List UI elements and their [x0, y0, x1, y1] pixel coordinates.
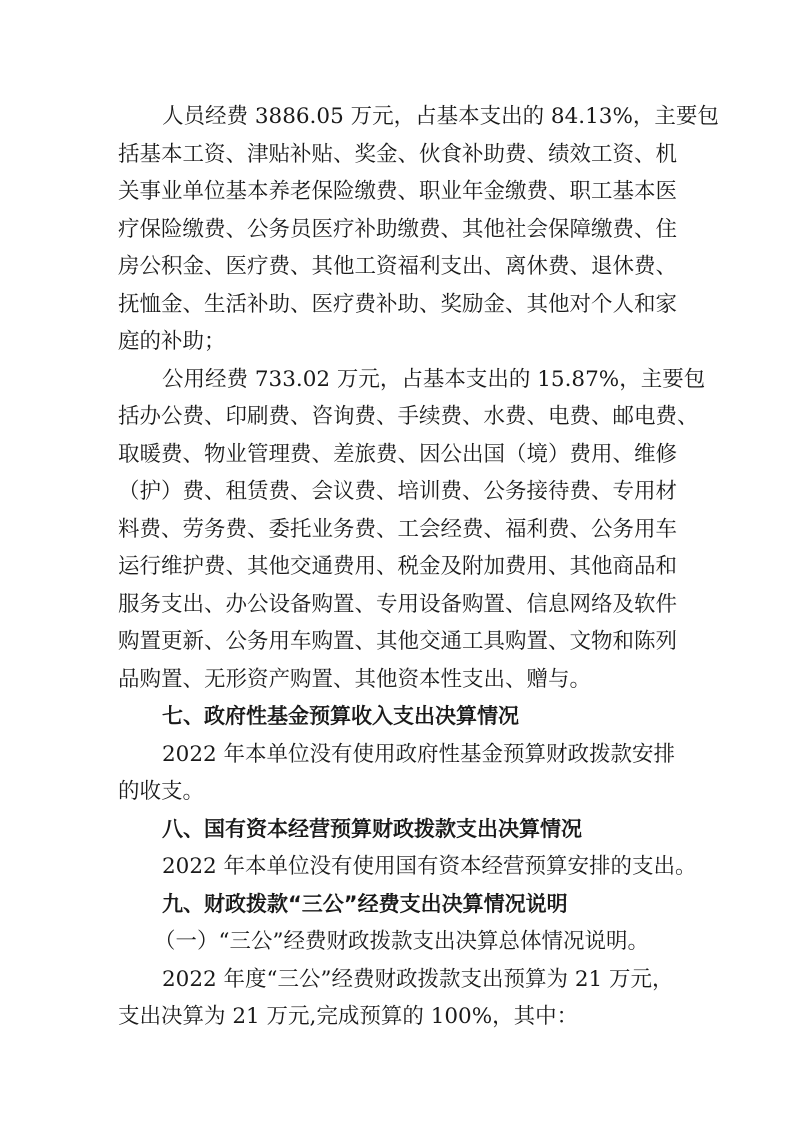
paragraph-personnel-line-4: 疗保险缴费、公务员医疗补助缴费、其他社会保障缴费、住 — [118, 211, 602, 249]
paragraph-public-line-8: 购置更新、公务用车购置、其他交通工具购置、文物和陈列 — [118, 623, 602, 661]
paragraph-public-line-6: 运行维护费、其他交通费用、税金及附加费用、其他商品和 — [118, 548, 602, 586]
subsection-heading-1: （一）“三公”经费财政拨款支出决算总体情况说明。 — [118, 923, 602, 961]
paragraph-public-line-7: 服务支出、办公设备购置、专用设备购置、信息网络及软件 — [118, 586, 602, 624]
document-page: 人员经费 3886.05 万元，占基本支出的 84.13%，主要包 括基本工资、… — [118, 98, 602, 1036]
paragraph-public-line-1: 公用经费 733.02 万元，占基本支出的 15.87%，主要包 — [118, 361, 602, 399]
paragraph-personnel-line-5: 房公积金、医疗费、其他工资福利支出、离休费、退休费、 — [118, 248, 602, 286]
paragraph-personnel-line-3: 关事业单位基本养老保险缴费、职业年金缴费、职工基本医 — [118, 173, 602, 211]
paragraph-public-line-4: （护）费、租赁费、会议费、培训费、公务接待费、专用材 — [118, 473, 602, 511]
paragraph-personnel-line-7: 庭的补助； — [118, 323, 602, 361]
section-heading-9: 九、财政拨款“三公”经费支出决算情况说明 — [118, 886, 602, 924]
paragraph-three-public-line-1: 2022 年度“三公”经费财政拨款支出预算为 21 万元， — [118, 961, 602, 999]
section-heading-7: 七、政府性基金预算收入支出决算情况 — [118, 698, 602, 736]
paragraph-gov-fund-line-2: 的收支。 — [118, 773, 602, 811]
paragraph-personnel-line-1: 人员经费 3886.05 万元，占基本支出的 84.13%，主要包 — [118, 98, 602, 136]
paragraph-personnel-line-2: 括基本工资、津贴补贴、奖金、伙食补助费、绩效工资、机 — [118, 136, 602, 174]
paragraph-public-line-2: 括办公费、印刷费、咨询费、手续费、水费、电费、邮电费、 — [118, 398, 602, 436]
paragraph-three-public-line-2: 支出决算为 21 万元,完成预算的 100%，其中： — [118, 998, 602, 1036]
section-heading-8: 八、国有资本经营预算财政拨款支出决算情况 — [118, 811, 602, 849]
paragraph-state-capital-line-1: 2022 年本单位没有使用国有资本经营预算安排的支出。 — [118, 848, 602, 886]
paragraph-gov-fund-line-1: 2022 年本单位没有使用政府性基金预算财政拨款安排 — [118, 736, 602, 774]
paragraph-personnel-line-6: 抚恤金、生活补助、医疗费补助、奖励金、其他对个人和家 — [118, 286, 602, 324]
paragraph-public-line-5: 料费、劳务费、委托业务费、工会经费、福利费、公务用车 — [118, 511, 602, 549]
paragraph-public-line-3: 取暖费、物业管理费、差旅费、因公出国（境）费用、维修 — [118, 436, 602, 474]
paragraph-public-line-9: 品购置、无形资产购置、其他资本性支出、赠与。 — [118, 661, 602, 699]
